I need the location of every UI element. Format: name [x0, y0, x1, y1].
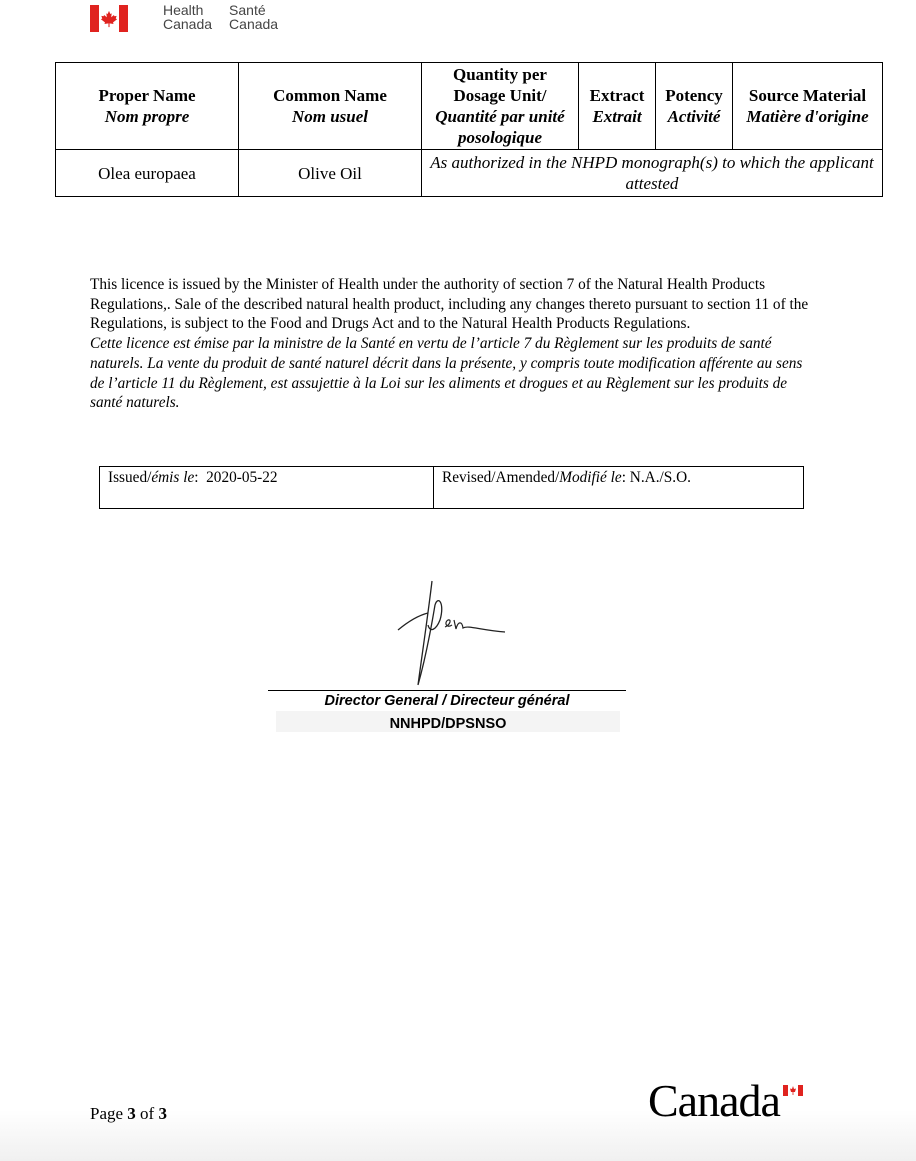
details-cell: As authorized in the NHPD monograph(s) t…: [422, 150, 883, 197]
col-proper-name: Proper Name Nom propre: [56, 63, 239, 150]
statement-fr: Cette licence est émise par la ministre …: [90, 334, 810, 413]
common-name-cell: Olive Oil: [239, 150, 422, 197]
proper-name-cell: Olea europaea: [56, 150, 239, 197]
col-extract: Extract Extrait: [579, 63, 656, 150]
header: Health Canada Santé Canada: [90, 3, 278, 33]
department-name-en: Health Canada: [163, 3, 212, 31]
table-header-row: Proper Name Nom propre Common Name Nom u…: [56, 63, 883, 150]
signatory-title: Director General / Directeur général: [268, 693, 626, 709]
dates-table: Issued/émis le: 2020-05-22 Revised/Amend…: [99, 466, 804, 509]
col-potency: Potency Activité: [656, 63, 733, 150]
canada-wordmark: Canada: [648, 1078, 780, 1124]
canada-flag-icon: [90, 5, 128, 32]
ingredients-table: Proper Name Nom propre Common Name Nom u…: [55, 62, 883, 197]
signature-icon: [390, 575, 550, 695]
department-name-fr: Santé Canada: [229, 3, 278, 31]
signature-line: [268, 690, 626, 691]
signatory-organization: NNHPD/DPSNSO: [276, 711, 620, 732]
table-row: Olea europaea Olive Oil As authorized in…: [56, 150, 883, 197]
col-quantity: Quantity per Dosage Unit/ Quantité par u…: [422, 63, 579, 150]
licence-statement: This licence is issued by the Minister o…: [90, 275, 810, 413]
statement-en: This licence is issued by the Minister o…: [90, 275, 810, 334]
col-source-material: Source Material Matière d'origine: [733, 63, 883, 150]
revised-date: Revised/Amended/Modifié le: N.A./S.O.: [434, 467, 804, 509]
wordmark-flag-icon: [783, 1083, 803, 1094]
issued-date: Issued/émis le: 2020-05-22: [100, 467, 434, 509]
page-number: Page 3 of 3: [90, 1104, 167, 1124]
col-common-name: Common Name Nom usuel: [239, 63, 422, 150]
